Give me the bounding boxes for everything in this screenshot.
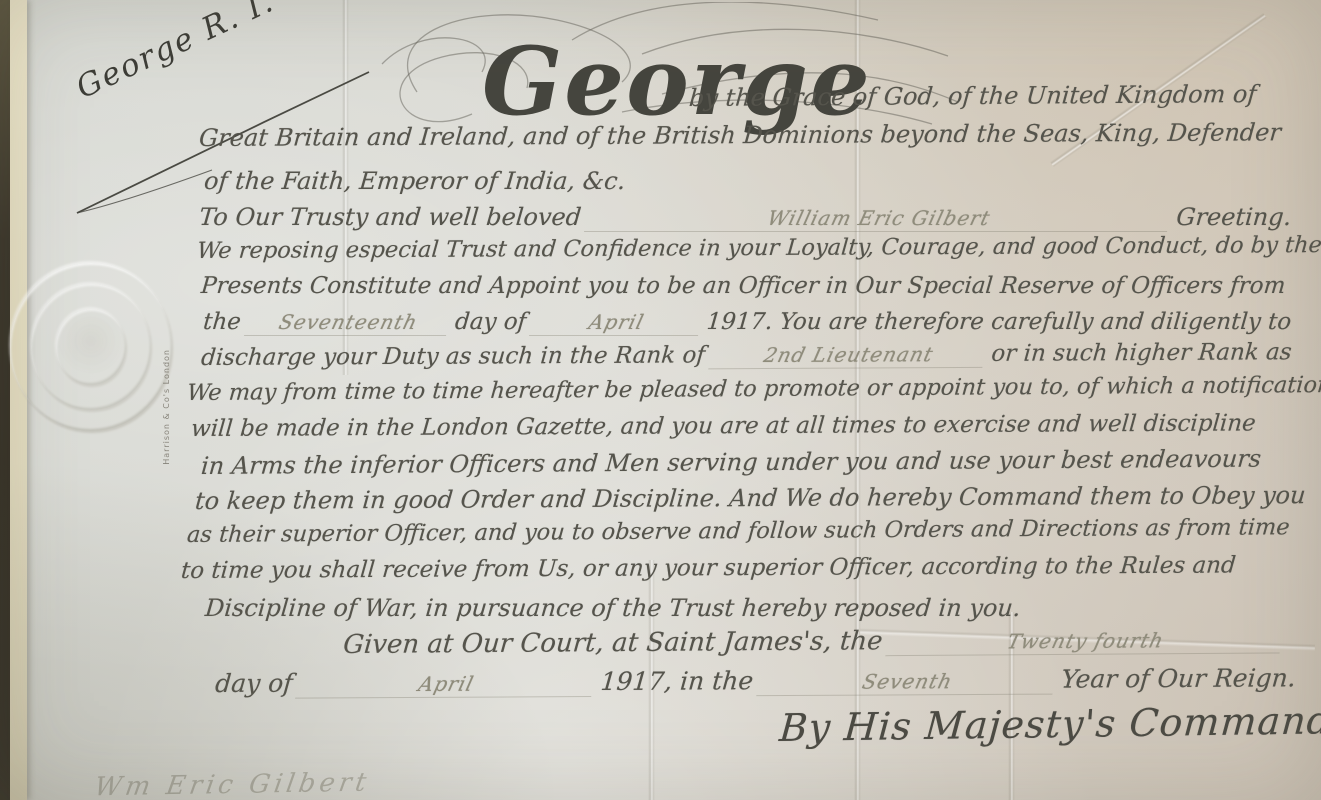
header-line-1: by the Grace of God, of the United Kingd… bbox=[688, 80, 1258, 112]
header-line-2: Great Britain and Ireland, and of the Br… bbox=[198, 118, 1282, 152]
printed-given: Given at Our Court, at Saint James's, th… bbox=[342, 626, 884, 660]
printed-the: the bbox=[202, 309, 242, 335]
body-line-7: in Arms the inferior Officers and Men se… bbox=[200, 445, 1262, 480]
appointment-date-line: the Seventeenth day of April 1917. You a… bbox=[202, 309, 1292, 336]
body-line-8: to keep them in good Order and Disciplin… bbox=[194, 481, 1307, 515]
handwritten-given-day: Twenty fourth bbox=[885, 627, 1285, 656]
printed-reign-tail: Year of Our Reign. bbox=[1060, 663, 1297, 693]
printed-day-of: day of bbox=[454, 309, 527, 335]
salutation-line: To Our Trusty and well beloved William E… bbox=[198, 203, 1293, 232]
printed-day-of: day of bbox=[214, 669, 294, 698]
handwritten-month: April bbox=[529, 310, 704, 336]
body-line-6: will be made in the London Gazette, and … bbox=[190, 410, 1257, 442]
printed-rank-prefix: discharge your Duty as such in the Rank … bbox=[200, 342, 706, 371]
body-line-2: Presents Constitute and Appoint you to b… bbox=[200, 273, 1287, 299]
handwritten-rank: 2nd Lieutenant bbox=[708, 342, 989, 369]
body-line-9: as their superior Officer, and you to ob… bbox=[186, 514, 1291, 548]
given-at-court-line: Given at Our Court, at Saint James's, th… bbox=[342, 623, 1290, 660]
printed-year-in-the: 1917, in the bbox=[599, 666, 754, 696]
handwritten-day: Seventeenth bbox=[244, 310, 453, 336]
body-line-1: We reposing especial Trust and Confidenc… bbox=[196, 232, 1321, 264]
rank-line: discharge your Duty as such in the Rank … bbox=[200, 339, 1293, 372]
printed-year-and-text: 1917. You are therefore carefully and di… bbox=[706, 309, 1293, 335]
royal-commission-document: George R. I. George by the Grace of God,… bbox=[0, 0, 1321, 800]
salutation-printed: To Our Trusty and well beloved bbox=[198, 203, 582, 231]
embossed-royal-seal bbox=[10, 263, 172, 431]
reign-date-line: day of April 1917, in the Seventh Year o… bbox=[214, 663, 1297, 699]
salutation-greeting: Greeting. bbox=[1175, 203, 1292, 231]
body-line-10: to time you shall receive from Us, or an… bbox=[180, 552, 1237, 584]
faint-handwriting-annotation: Wm Eric Gilbert bbox=[92, 768, 372, 800]
printer-imprint: Harrison & Co's London bbox=[162, 349, 171, 465]
by-command-line: By His Majesty's Command. bbox=[778, 698, 1321, 750]
body-line-11: Discipline of War, in pursuance of the T… bbox=[204, 594, 1022, 622]
handwritten-officer-name: William Eric Gilbert bbox=[584, 206, 1174, 232]
handwritten-month: April bbox=[295, 671, 597, 699]
handwritten-reign-year: Seventh bbox=[756, 669, 1058, 697]
header-line-3: of the Faith, Emperor of India, &c. bbox=[203, 167, 627, 195]
printed-rank-suffix: or in such higher Rank as bbox=[990, 339, 1292, 367]
photo-left-dark-edge bbox=[0, 0, 10, 800]
seal-crest bbox=[56, 309, 126, 385]
body-line-5: We may from time to time hereafter be pl… bbox=[186, 372, 1321, 406]
